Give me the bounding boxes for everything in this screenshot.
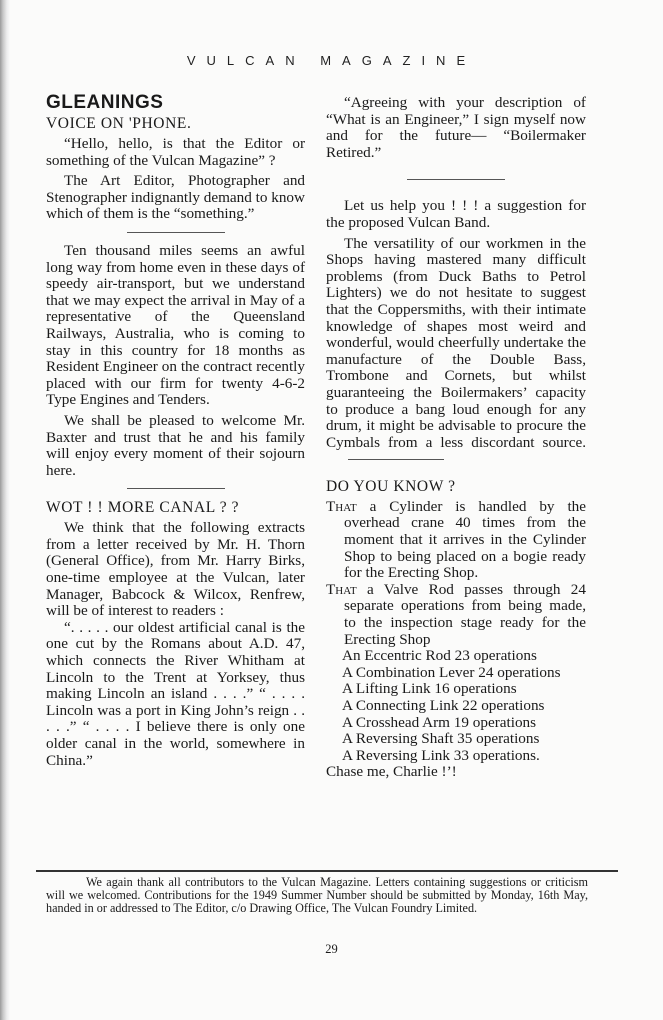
divider (407, 179, 505, 180)
right-column: “Agreeing with your description of “What… (326, 95, 586, 781)
paragraph: Ten thousand miles seems an awful long w… (46, 243, 305, 409)
footer-notice: We again thank all contributors to the V… (46, 876, 588, 914)
divider (127, 232, 225, 233)
operations-item: A Crosshead Arm 19 operations (342, 715, 586, 732)
operations-item: A Reversing Shaft 35 operations (342, 731, 586, 748)
subhead-do-you-know: DO YOU KNOW ? (326, 478, 586, 495)
page-binding-shadow (0, 0, 10, 1020)
operations-item: A Combination Lever 24 operations (342, 665, 586, 682)
fact-text: a Cylinder is handled by the overhead cr… (344, 498, 586, 581)
paragraph: We think that the following extracts fro… (46, 520, 305, 620)
paragraph: The versatility of our workmen in the Sh… (326, 236, 586, 468)
quoted-extract: “. . . . . our oldest artificial canal i… (46, 620, 305, 769)
page-number: 29 (0, 942, 663, 957)
left-column: GLEANINGS VOICE ON 'PHONE. “Hello, hello… (46, 93, 305, 769)
subhead-more-canal: WOT ! ! MORE CANAL ? ? (46, 499, 305, 516)
subhead-voice-on-phone: VOICE ON 'PHONE. (46, 115, 305, 132)
paragraph-text: The versatility of our workmen in the Sh… (326, 235, 586, 451)
paragraph: Let us help you ! ! ! a suggestion for t… (326, 198, 586, 231)
operations-item: A Connecting Link 22 operations (342, 698, 586, 715)
fact-lead: That (326, 498, 357, 515)
fact-item: That a Valve Rod passes through 24 separ… (326, 582, 586, 648)
paragraph: “Hello, hello, is that the Editor or som… (46, 136, 305, 169)
divider (127, 488, 225, 489)
closing-line: Chase me, Charlie !’! (326, 764, 586, 781)
operations-item: A Lifting Link 16 operations (342, 681, 586, 698)
letter-quote: “Agreeing with your description of “What… (326, 95, 586, 161)
operations-item: A Reversing Link 33 operations. (342, 748, 586, 765)
inline-divider (348, 459, 444, 460)
fact-item: That a Cylinder is handled by the overhe… (326, 499, 586, 582)
fact-text: a Valve Rod passes through 24 separate o… (344, 581, 586, 648)
section-title: GLEANINGS (46, 93, 305, 113)
running-head: VULCAN MAGAZINE (0, 53, 663, 68)
paragraph: We shall be pleased to welcome Mr. Baxte… (46, 413, 305, 479)
operations-item: An Eccentric Rod 23 operations (342, 648, 586, 665)
paragraph: The Art Editor, Photographer and Stenogr… (46, 173, 305, 223)
fact-lead: That (326, 581, 357, 598)
footer-notice-text: We again thank all contributors to the V… (46, 876, 588, 914)
footer-divider (36, 870, 618, 872)
operations-list: An Eccentric Rod 23 operations A Combina… (326, 648, 586, 764)
